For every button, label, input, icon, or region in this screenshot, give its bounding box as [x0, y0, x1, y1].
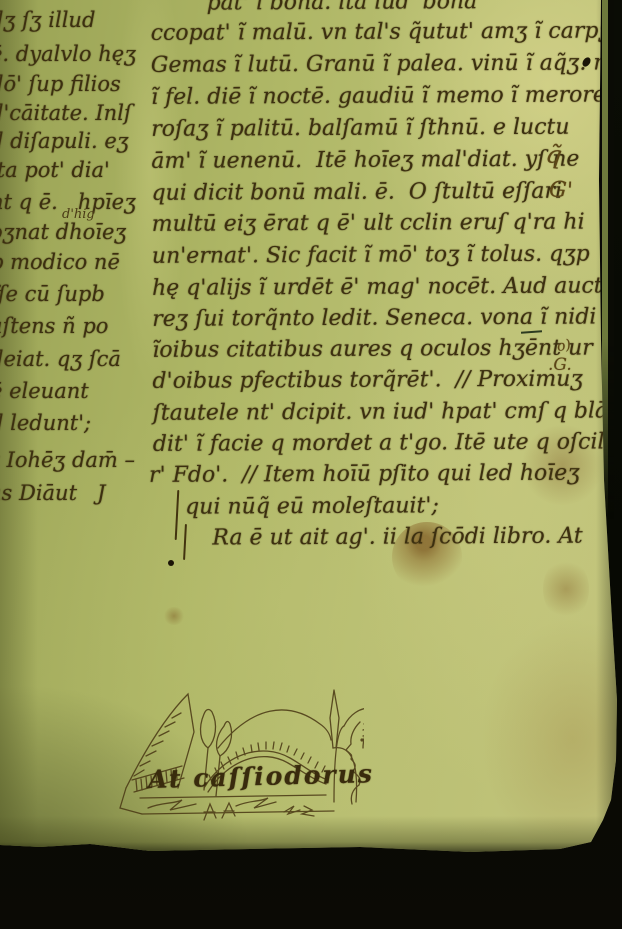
- margin-mark-dot-g: .G.: [548, 355, 572, 375]
- main-text-line: ccopat' ĩ malū. vn tal's q̃utut' amʒ ĩ c…: [151, 20, 611, 44]
- main-text-line: ĩ fel. diē ĩ noctē. gaudiū ĩ memo ĩ mero…: [151, 84, 618, 108]
- pen-sketch: [112, 684, 364, 826]
- main-text-block: pat' ĩ bona. ita iud' bona ccopat' ĩ mal…: [0, 0, 622, 562]
- main-text-line: reʒ ſui torq̃nto ledit. Seneca. vona ĩ n…: [152, 307, 596, 331]
- main-text-line: Ra ē ut ait ag'. ii la ſcōdi libro. At: [212, 526, 582, 550]
- main-text-line: un'ernat'. Sic facit ĩ mō' toʒ ĩ tolus. …: [152, 244, 590, 268]
- main-text-line: qui dicit bonū mali. ē. O ſtultū eſſari: [151, 181, 562, 205]
- main-text-line: multū eiʒ ērat q ē' ult cclin eruſ q'ra …: [152, 212, 585, 236]
- main-text-line: Gemas ĩ lutū. Granū ĩ palea. vinū ĩ aq̃ʒ…: [151, 52, 622, 77]
- main-text-line: qui nūq̃ eū moleſtauit';: [185, 495, 439, 518]
- ink-blot: [168, 560, 174, 566]
- parchment-stain: [163, 607, 185, 625]
- main-text-line: ĩoibus citatibus aures q oculos hʒēnt ur: [152, 338, 592, 362]
- manuscript-photo: dʒ ſʒ illud ē. dyalvlo hęʒ dō' ſup filio…: [0, 0, 622, 929]
- manuscript-page: dʒ ſʒ illud ē. dyalvlo hęʒ dō' ſup filio…: [0, 0, 622, 858]
- bottom-drawing: [112, 684, 364, 826]
- drawing-caption: At caſſiodorus: [148, 759, 375, 794]
- main-text-line: r' Fdo'. // Item hoīū pſito qui led hoīe…: [149, 463, 580, 487]
- margin-mark-g-prime: G': [548, 177, 573, 204]
- main-text-line: ſtautele nt' dcipit. vn iud' hpat' cmſ q…: [153, 400, 609, 424]
- main-text-line: d'oibus pfectibus torq̃rēt'. // Proximuʒ: [152, 369, 582, 393]
- main-text-line: pat' ĩ bona. ita iud' bona: [206, 0, 477, 15]
- parchment-stain: [543, 558, 589, 620]
- main-text-line: dit' ĩ facie q mordet a t'go. Itē ute q …: [153, 431, 618, 455]
- margin-mark-o: o): [556, 337, 572, 355]
- main-text-line: hę q'alijs ĩ urdēt ē' mag' nocēt. Aud au…: [152, 275, 616, 299]
- main-text-line: ām' ĩ uenenū. Itē hoīeʒ mal'diat. yſ ne: [151, 149, 579, 173]
- main-text-line: roſaʒ ĩ palitū. balſamū ĩ ſthnū. e luctu: [151, 117, 569, 141]
